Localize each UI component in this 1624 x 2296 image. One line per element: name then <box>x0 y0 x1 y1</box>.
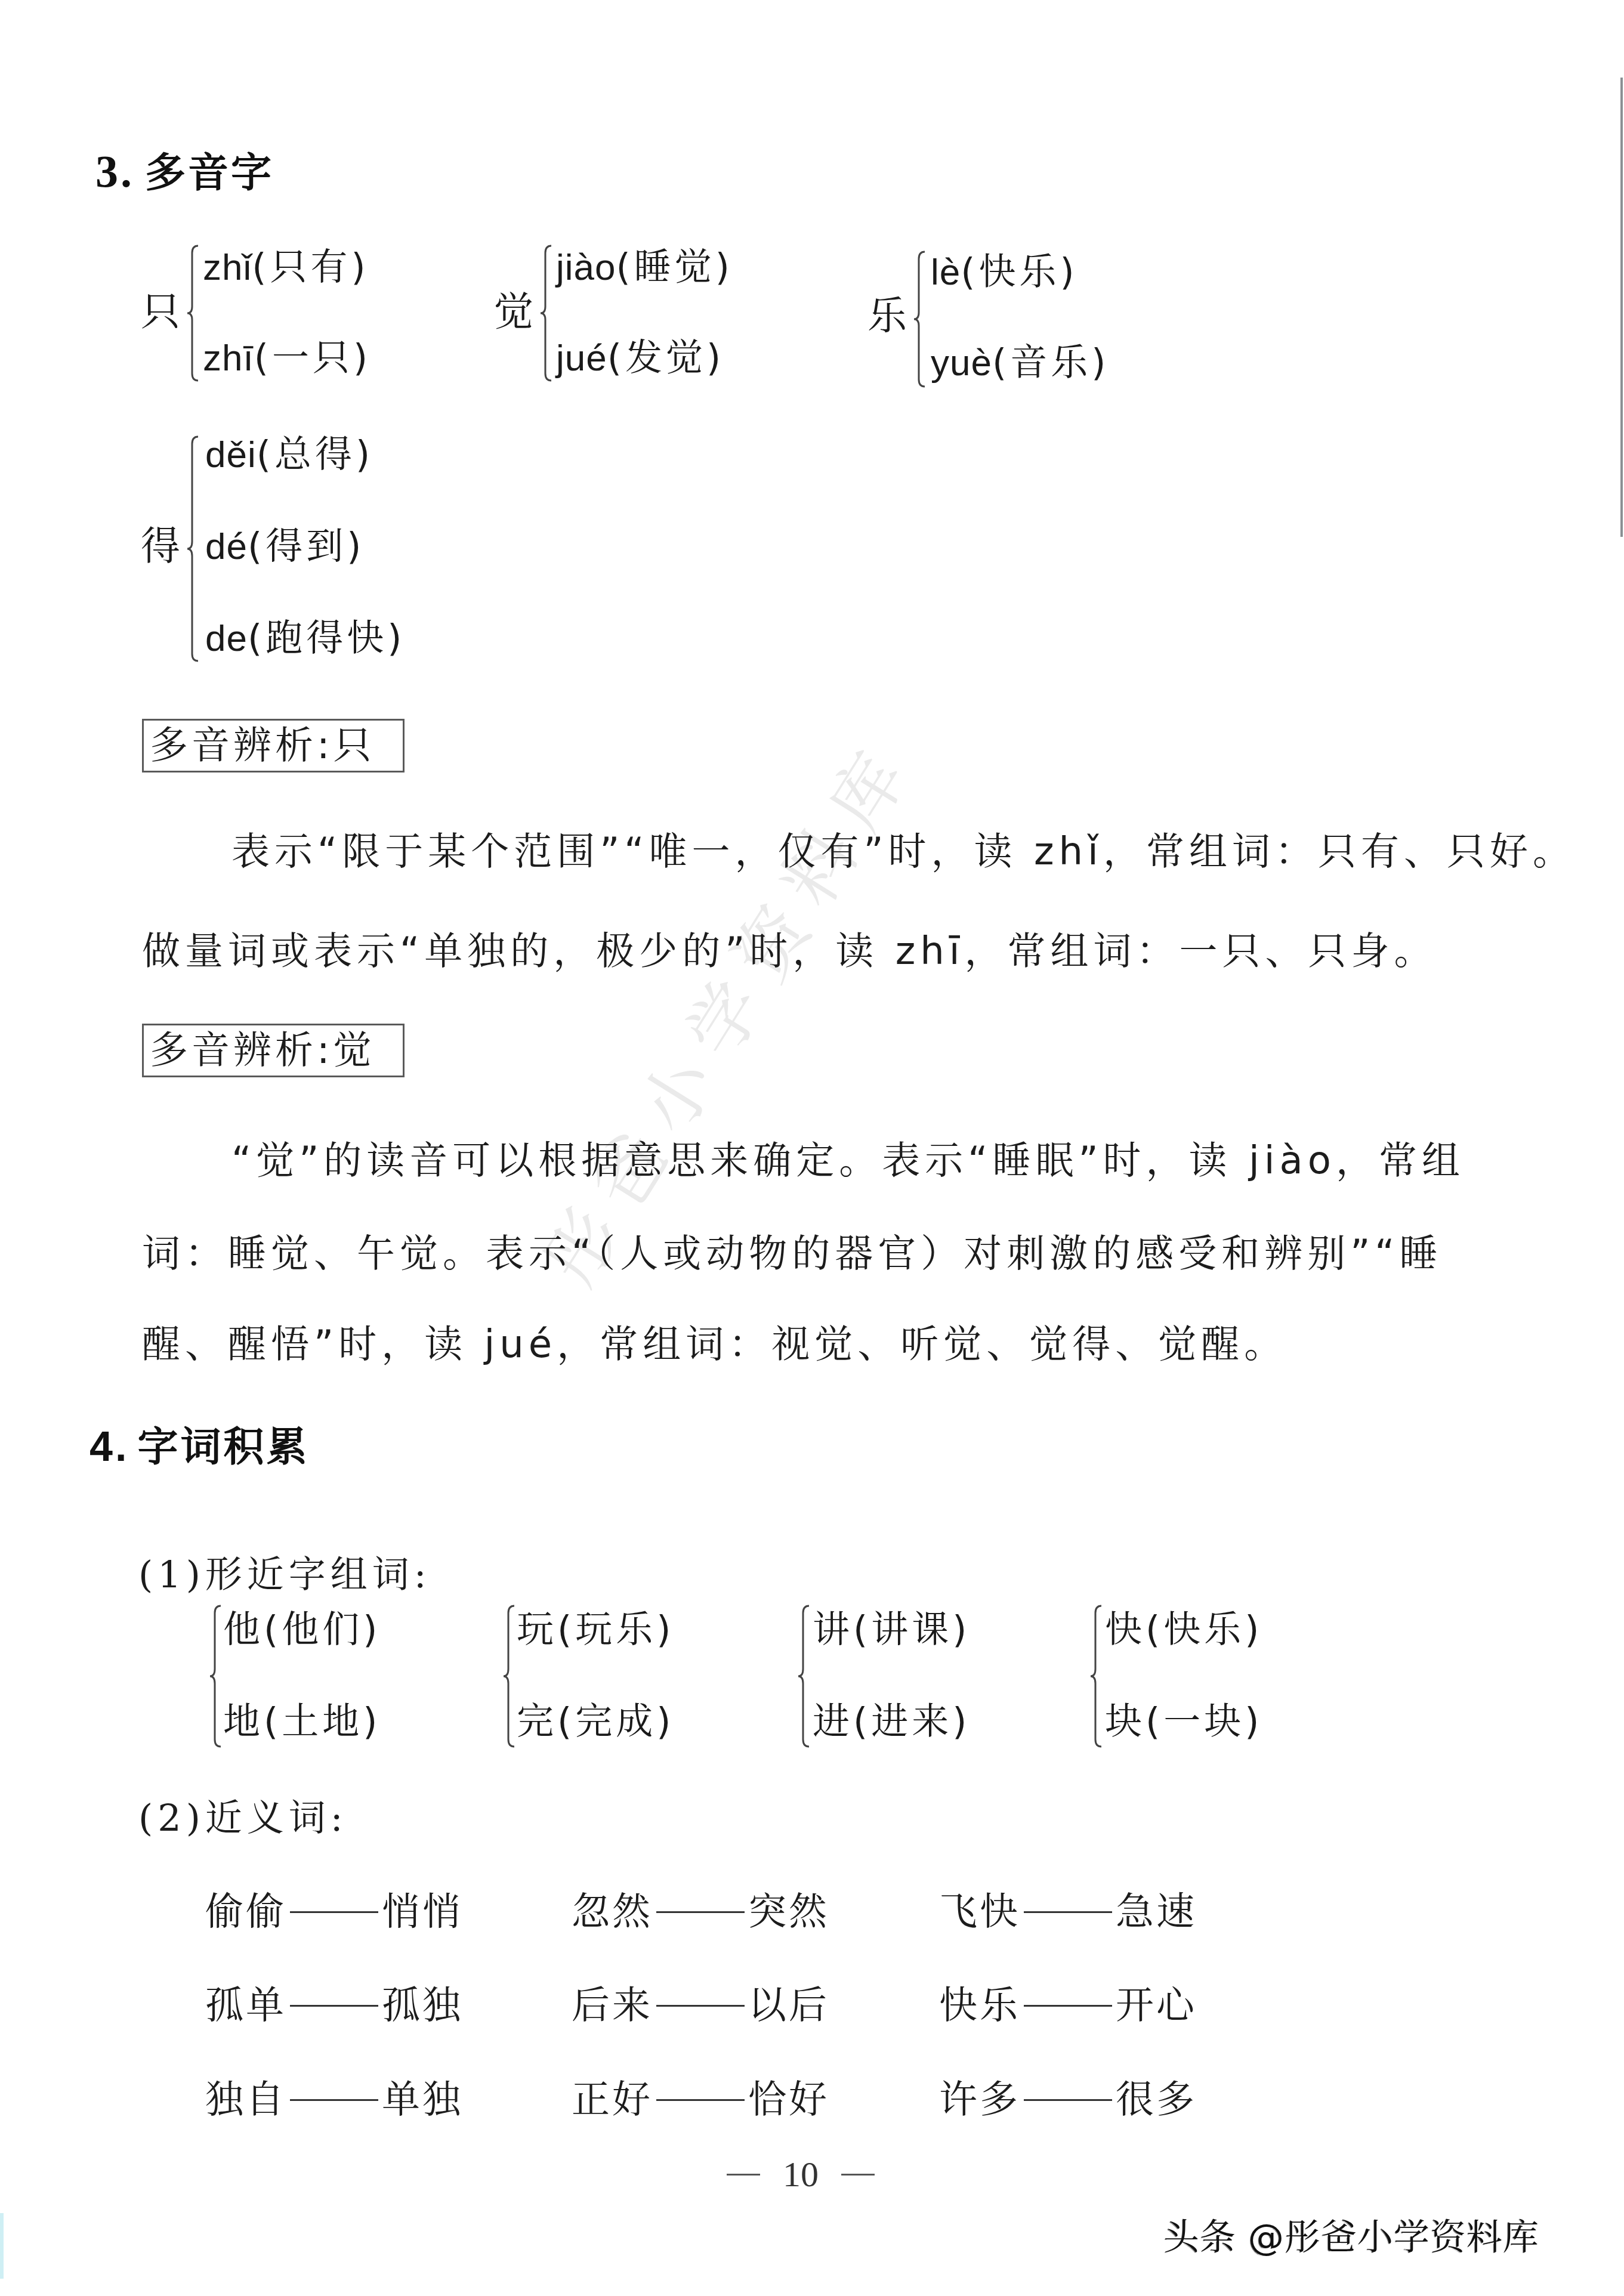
reading-entry: dé(得到) <box>205 523 365 571</box>
dash-separator <box>290 1911 378 1913</box>
synonym-pair: 正好恰好 <box>572 2076 829 2124</box>
reading-entry: zhǐ(只有) <box>203 243 369 292</box>
reading-entry: lè(快乐) <box>931 248 1078 296</box>
brace-icon <box>186 245 199 382</box>
synonym-pair: 飞快急速 <box>939 1888 1197 1936</box>
dash-separator <box>290 2005 378 2007</box>
synonym-word: 独自 <box>205 2076 286 2124</box>
section-3-heading: 3.多音字 <box>95 148 274 197</box>
synonym-word: 偷偷 <box>205 1888 286 1936</box>
scan-edge-tint <box>0 2213 4 2279</box>
pinyin: yuè <box>931 342 992 384</box>
synonyms-label: (2)近义词: <box>138 1794 348 1842</box>
reading-entry: zhī(一只) <box>203 334 371 382</box>
pinyin: dé <box>205 526 248 567</box>
polyphone-char: 得 <box>141 523 180 570</box>
section-title: 多音字 <box>145 150 274 197</box>
reading-entry: yuè(音乐) <box>931 339 1109 387</box>
dash-separator <box>656 1911 745 1913</box>
synonym-word: 许多 <box>939 2076 1020 2124</box>
synonym-word: 很多 <box>1116 2076 1197 2124</box>
pinyin: jiào <box>556 247 616 288</box>
reading-entry: jiào(睡觉) <box>556 243 733 292</box>
synonym-word: 开心 <box>1116 1982 1197 2029</box>
section-number: 3. <box>95 147 134 197</box>
analysis-paragraph-line: 醒、醒悟”时，读 jué，常组词：视觉、听觉、觉得、觉醒。 <box>142 1321 1287 1368</box>
similar-char-entry: 地(土地) <box>223 1698 381 1745</box>
synonym-word: 孤独 <box>382 1982 463 2029</box>
reading-entry: jué(发觉) <box>556 334 724 382</box>
synonym-word: 忽然 <box>572 1888 653 1936</box>
synonym-pair: 偷偷悄悄 <box>205 1888 463 1936</box>
similar-char-entry: 玩(玩乐) <box>517 1606 674 1654</box>
pinyin: jué <box>556 338 607 379</box>
polyphone-char: 只 <box>141 288 180 336</box>
brace-icon <box>209 1605 222 1748</box>
watermark: 彤爸小学资料库 <box>515 716 934 1302</box>
example-word: (音乐) <box>992 341 1109 384</box>
synonym-pair: 后来以后 <box>572 1982 829 2029</box>
attribution-label: 头条 @彤爸小学资料库 <box>1163 2217 1539 2258</box>
synonym-word: 后来 <box>572 1982 653 2029</box>
analysis-paragraph-line: “觉”的读音可以根据意思来确定。表示“睡眠”时，读 jiào，常组 <box>231 1137 1465 1185</box>
example-word: (一只) <box>254 336 371 379</box>
page-number: 10 <box>704 2153 897 2195</box>
synonym-word: 单独 <box>382 2076 463 2124</box>
scan-edge-line <box>1620 78 1623 537</box>
example-word: (跑得快) <box>248 616 405 660</box>
example-word: (只有) <box>252 245 369 289</box>
dash-separator <box>1024 2099 1112 2101</box>
synonym-word: 突然 <box>748 1888 829 1936</box>
analysis-paragraph-line: 表示“限于某个范围”“唯一，仅有”时，读 zhǐ，常组词：只有、只好。 <box>231 828 1576 876</box>
brace-icon <box>1089 1605 1103 1748</box>
synonym-pair: 快乐开心 <box>939 1982 1197 2029</box>
similar-char-entry: 块(一块) <box>1105 1698 1262 1745</box>
page-number-rule-left <box>727 2174 760 2176</box>
polyphone-char: 觉 <box>494 288 533 336</box>
synonym-word: 以后 <box>748 1982 829 2029</box>
synonym-word: 飞快 <box>939 1888 1020 1936</box>
synonym-pair: 孤单孤独 <box>205 1982 463 2029</box>
synonym-word: 急速 <box>1116 1888 1197 1936</box>
synonym-word: 孤单 <box>205 1982 286 2029</box>
reading-entry: de(跑得快) <box>205 614 405 663</box>
pinyin: de <box>205 618 248 659</box>
analysis-paragraph-line: 做量词或表示“单独的，极少的”时，读 zhī，常组词：一只、只身。 <box>142 928 1437 975</box>
similar-chars-label: (1)形近字组词: <box>138 1551 431 1599</box>
synonym-word: 快乐 <box>939 1982 1020 2029</box>
brace-icon <box>797 1605 810 1748</box>
example-word: (得到) <box>248 524 365 568</box>
analysis-paragraph-line: 词：睡觉、午觉。表示“（人或动物的器官）对刺激的感受和辨别”“睡 <box>142 1230 1442 1278</box>
similar-char-entry: 进(进来) <box>813 1698 970 1745</box>
pinyin: zhī <box>203 338 254 379</box>
example-word: (总得) <box>257 432 373 476</box>
brace-icon <box>186 435 199 662</box>
dash-separator <box>290 2099 378 2101</box>
brace-icon <box>913 251 926 388</box>
page-number-rule-right <box>841 2174 875 2176</box>
example-word: (发觉) <box>607 336 724 379</box>
synonym-pair: 忽然突然 <box>572 1888 829 1936</box>
synonym-pair: 许多很多 <box>939 2076 1197 2124</box>
brace-icon <box>502 1605 515 1748</box>
similar-char-entry: 讲(讲课) <box>813 1606 970 1654</box>
similar-char-entry: 完(完成) <box>517 1698 674 1745</box>
example-word: (睡觉) <box>616 245 733 289</box>
dash-separator <box>656 2099 745 2101</box>
synonym-word: 恰好 <box>748 2076 829 2124</box>
analysis-label-box: 多音辨析:只 <box>142 719 405 772</box>
pinyin: lè <box>931 252 961 293</box>
similar-char-entry: 快(快乐) <box>1105 1606 1262 1654</box>
analysis-label-box: 多音辨析:觉 <box>142 1024 405 1077</box>
synonym-word: 悄悄 <box>382 1888 463 1936</box>
section-4-heading: 4.字词积累 <box>89 1423 309 1472</box>
similar-char-entry: 他(他们) <box>223 1606 381 1654</box>
section-title: 字词积累 <box>137 1424 309 1471</box>
dash-separator <box>656 2005 745 2007</box>
dash-separator <box>1024 1911 1112 1913</box>
section-number: 4. <box>89 1423 129 1470</box>
polyphone-char: 乐 <box>867 292 907 340</box>
example-word: (快乐) <box>961 250 1077 293</box>
page-number-value: 10 <box>783 2153 819 2195</box>
synonym-word: 正好 <box>572 2076 653 2124</box>
synonym-pair: 独自单独 <box>205 2076 463 2124</box>
dash-separator <box>1024 2005 1112 2007</box>
reading-entry: děi(总得) <box>205 431 373 479</box>
brace-icon <box>539 245 552 382</box>
pinyin: zhǐ <box>203 247 252 288</box>
pinyin: děi <box>205 434 257 475</box>
